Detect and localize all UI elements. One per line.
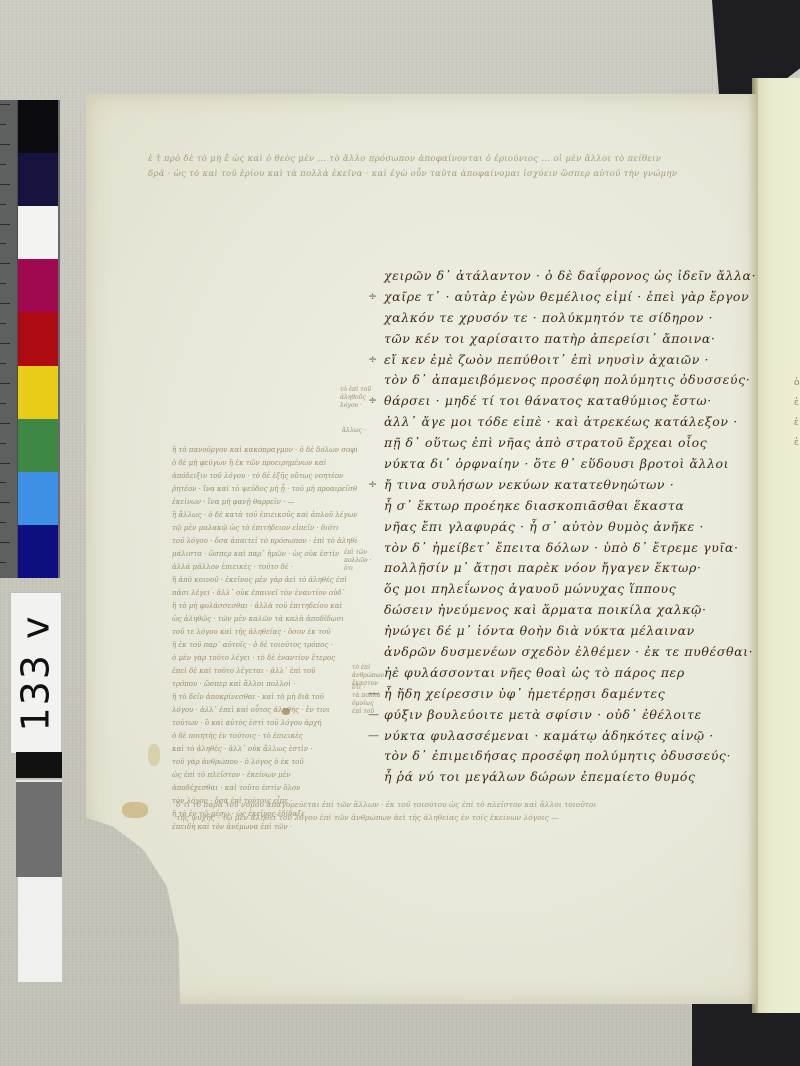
color-swatch-cyan-blue [18,472,58,526]
scholia-line: τῆς ψυχῆς · τῷ μὲν ἀληθεῖ τοῦ λόγου ἐπὶ … [176,811,736,824]
text-line: ÷ἤ τινα συλήσων νεκύων κατατεθνηώτων · [384,475,744,496]
text-line: τῶν κέν τοι χαρίσαιτο πατὴρ ἀπερείσι᾽ ἄπ… [384,329,744,350]
text-line: χαλκόν τε χρυσόν τε · πολύκμητόν τε σίδη… [384,308,744,329]
text-line: τὸν δ᾽ ἐπιμειδήσας προσέφη πολύμητις ὀδυ… [384,746,744,767]
color-swatch-magenta [18,259,58,313]
scholia-line: λόγου · ἀλλ᾽ ἐπεὶ καὶ οὗτος ἀληθής · ἔν … [172,704,357,717]
text-line: ἦ σ᾽ ἕκτωρ προέηκε διασκοπιᾶσθαι ἕκαστα [384,496,744,517]
left-margin-scholia: ἢ τὸ πανοῦργον καὶ κακόπραγμον · ὁ δὲ δό… [172,444,357,834]
text-line-content: ἀλλ᾽ ἄγε μοι τόδε εἰπὲ · καὶ ἀτρεκέως κα… [384,414,738,429]
scholia-line: τῷ μὲν μαλακῷ ὡς τὸ ἐπιτήδειον εἰπεῖν · … [172,522,357,535]
color-calibration-strip [0,100,60,578]
text-line-content: ἤ τινα συλήσων νεκύων κατατεθνηώτων · [384,477,674,492]
text-line: ἀνδρῶν δυσμενέων σχεδὸν ἐλθέμεν · ἐκ τε … [384,642,744,663]
scholia-line: ὡς ἀληθῶς · τῶν μὲν καλῶν τὰ καλὰ ἀποδίδ… [172,613,357,626]
scholia-line: καὶ τὸ ἀληθὲς · ἀλλ᾽ οὐκ ἄλλως ἐστὶν · [172,743,357,756]
scholia-line: ῥητέον · ἵνα καὶ τὸ ψεῦδος μὴ ᾖ · τοῦ μὴ… [172,483,357,496]
page-edge-shadow [748,94,758,1004]
folio-number: 133 v [14,614,58,731]
scholia-line: ὁ μὲν γὰρ τοῦτο λέγει · τὸ δὲ ἐναντίον ἕ… [172,652,357,665]
next-page-note: ἐ [794,418,799,428]
scholia-line: τούτων · ὃ καὶ αὐτὸς ἐστὶ τοῦ λόγου ἀρχή [172,717,357,730]
scholia-line: πᾶσι λέγει · ἀλλ᾽ οὐκ ἐπαινεῖ τὸν ἐναντί… [172,587,357,600]
scholia-line: ὅ τι τὸ παρὰ τοῦ νόμου ἀπαγορεύεται ἐπὶ … [176,798,736,811]
margin-note: ἐπὶ τῶν πολλῶν · ὅτι [344,549,372,573]
scholia-line: ὡς ἐπὶ τὸ πλεῖστον · ἐκείνων μὲν [172,769,357,782]
scholia-line: ἐκείνων · ἵνα μὴ φανῇ θαρρεῖν · — [172,496,357,509]
scholia-line: ὁ δὲ μὴ φεύγων ἢ ἐκ τῶν προειρημένων καὶ [172,457,357,470]
text-line: νῆας ἔπι γλαφυράς · ἦ σ᾽ αὐτὸν θυμὸς ἀνῆ… [384,517,744,538]
ruler-tick [0,303,10,304]
scholia-line: ἀπόδειξιν τοῦ λόγου · τὸ δὲ ἑξῆς οὕτως ν… [172,470,357,483]
text-line-content: τὸν δ᾽ ἀπαμειβόμενος προσέφη πολύμητις ὀ… [384,372,750,387]
color-swatch-black [18,100,58,154]
scholia-line: ἐπεὶ δὲ καὶ τοῦτο λέγεται · ἀλλ᾽ ἐπὶ τοῦ [172,665,357,678]
text-line-content: ἦ ἤδη χείρεσσιν ὑφ᾽ ἡμετέρῃσι δαμέντες [384,686,665,701]
text-line-content: πολλῇσίν μ᾽ ἄτῃσι παρὲκ νόον ἤγαγεν ἕκτω… [384,560,701,575]
ruler-tick [0,104,10,105]
marginal-sign: ÷ [368,475,378,496]
scholia-line: ἢ ἄλλως · ὁ δὲ κατὰ τοῦ ἐπιεικοῦς καὶ ἀπ… [172,509,357,522]
text-line-content: ἠνώγει δέ μ᾽ ἰόντα θοὴν διὰ νύκτα μέλαιν… [384,623,695,638]
text-line: —φύξιν βουλεύοιτε μετὰ σφίσιν · οὐδ᾽ ἐθέ… [384,705,744,726]
scholia-line: τοῦ γὰρ ἀνθρώπου · ὁ λόγος ὁ ἐκ τοῦ [172,756,357,769]
ruler-tick [0,363,6,364]
ruler-tick [0,542,10,543]
top-scholia: ἑ τ̄ πρὸ δὲ τὸ μὴ ἑ̄ ὡς καὶ ὁ θεὸς μὲν .… [148,152,748,182]
grayscale-strip [16,752,62,982]
scholia-line: ἢ τὸ μὴ φυλάσσεσθαι · ἀλλὰ τοῦ ἐπιτηδείο… [172,600,357,613]
text-line-content: φύξιν βουλεύοιτε μετὰ σφίσιν · οὐδ᾽ ἐθέλ… [384,707,702,722]
color-swatch-green [18,419,58,473]
text-line-content: τῶν κέν τοι χαρίσαιτο πατὴρ ἀπερείσι᾽ ἄπ… [384,331,716,346]
next-page-edge: ὁἐἐἐ [752,78,800,1013]
ruler-tick [0,423,10,424]
marginal-sign: — [368,684,380,705]
text-line: —ἦ ἤδη χείρεσσιν ὑφ᾽ ἡμετέρῃσι δαμέντες [384,684,744,705]
ruler-tick [0,522,6,523]
marginal-sign: — [368,726,380,747]
scholia-line: ὁ δὲ ποιητὴς ἐν τούτοις · τὸ ἐπιεικὲς [172,730,357,743]
text-line: χειρῶν δ᾽ ἀτάλαντον · ὁ δὲ δαΐφρονος ὡς … [384,266,744,287]
text-line-content: τὸν δ᾽ ἠμείβετ᾽ ἔπειτα δόλων · ὑπὸ δ᾽ ἔτ… [384,540,739,555]
ruler-tick [0,383,10,384]
color-swatch-red [18,312,58,366]
text-line-content: νύκτα φυλασσέμεναι · καμάτῳ ἀδηκότες αἰν… [384,728,714,743]
measurement-ruler [0,100,18,578]
scholia-line: τρόπου · ὥσπερ καὶ ἄλλοι πολλοὶ · [172,678,357,691]
ruler-tick [0,263,10,264]
ruler-tick [0,224,10,225]
ruler-tick [0,124,6,125]
text-line: ÷χαῖρε τ᾽ · αὐτὰρ ἐγὼν θεμέλιος εἰμί · ἐ… [384,287,744,308]
next-page-note: ὁ [794,378,799,388]
text-line: δώσειν ἠνεύμενος καὶ ἅρματα ποικίλα χαλκ… [384,600,744,621]
color-swatch-yellow [18,366,58,420]
bottom-scholia: ὅ τι τὸ παρὰ τοῦ νόμου ἀπαγορεύεται ἐπὶ … [176,798,736,824]
ruler-tick [0,164,6,165]
margin-note: τὸ ἐπὶ τοῦ ἀληθοῦς λόγου · [340,386,371,410]
marginal-sign: — [368,705,380,726]
scholia-line: μάλιστα · ὥσπερ καὶ παρ᾽ ἡμῶν · ὡς οὐκ ἐ… [172,548,357,561]
text-line-content: χειρῶν δ᾽ ἀτάλαντον · ὁ δὲ δαΐφρονος ὡς … [384,268,756,283]
text-line-content: νῆας ἔπι γλαφυράς · ἦ σ᾽ αὐτὸν θυμὸς ἀνῆ… [384,519,704,534]
text-line: ÷θάρσει · μηδέ τί τοι θάνατος καταθύμιος… [384,391,744,412]
ruler-tick [0,562,6,563]
color-swatch-white [18,206,58,260]
grayscale-white-patch [18,877,62,982]
text-line: ἀλλ᾽ ἄγε μοι τόδε εἰπὲ · καὶ ἀτρεκέως κα… [384,412,744,433]
scholia-line: ἢ τὸ πανοῦργον καὶ κακόπραγμον · ὁ δὲ δό… [172,444,357,457]
main-greek-text: χειρῶν δ᾽ ἀτάλαντον · ὁ δὲ δαΐφρονος ὡς … [384,266,744,788]
next-page-note: ἐ [794,398,799,408]
ruler-tick [0,204,6,205]
scholia-line: ἢ τὸ δεῖν ἀποκρίνεσθαι · καὶ τὸ μὴ διὰ τ… [172,691,357,704]
text-line-content: ἦ σ᾽ ἕκτωρ προέηκε διασκοπιᾶσθαι ἕκαστα [384,498,684,513]
text-line-content: ἠὲ φυλάσσονται νῆες θοαὶ ὡς τὸ πάρος περ [384,665,685,680]
stain-mark [148,744,160,766]
ruler-tick [0,403,6,404]
text-line: ἠὲ φυλάσσονται νῆες θοαὶ ὡς τὸ πάρος περ [384,663,744,684]
ruler-tick [0,343,10,344]
ruler-tick [0,502,10,503]
margin-note: ἄλλως · [342,427,366,435]
text-line-content: ὅς μοι πηλεΐωνος ἀγαυοῦ μώνυχας ἵππους [384,581,676,596]
scholia-line: ἀλλὰ μᾶλλον ἐπιεικὲς · τοῦτο δὲ · [172,561,357,574]
ruler-tick [0,463,10,464]
marginal-sign: ÷ [368,391,378,412]
color-swatch-blue [18,525,58,579]
text-line-content: νύκτα δι᾽ ὀρφναίην · ὅτε θ᾽ εὕδουσι βροτ… [384,456,729,471]
ruler-tick [0,323,6,324]
text-line: —νύκτα φυλασσέμεναι · καμάτῳ ἀδηκότες αἰ… [384,726,744,747]
scholia-line: ἀποδέχεσθαι · καὶ τοῦτο ἐστὶν ὅλον [172,782,357,795]
text-line-content: χαλκόν τε χρυσόν τε · πολύκμητόν τε σίδη… [384,310,713,325]
text-line-content: πῇ δ᾽ οὕτως ἐπὶ νῆας ἀπὸ στρατοῦ ἔρχεαι … [384,435,707,450]
ruler-tick [0,283,6,284]
text-line: τὸν δ᾽ ἀπαμειβόμενος προσέφη πολύμητις ὀ… [384,370,744,391]
ruler-tick [0,482,6,483]
text-line-content: χαῖρε τ᾽ · αὐτὰρ ἐγὼν θεμέλιος εἰμί · ἐπ… [384,289,749,304]
folio-label-card: 133 v [10,592,62,754]
grayscale-mid-gray-patch [16,782,62,877]
text-line-content: τὸν δ᾽ ἐπιμειδήσας προσέφη πολύμητις ὀδυ… [384,748,731,763]
next-page-note: ἐ [794,438,799,448]
text-line: ὅς μοι πηλεΐωνος ἀγαυοῦ μώνυχας ἵππους [384,579,744,600]
ruler-tick [0,184,10,185]
text-line: τὸν δ᾽ ἠμείβετ᾽ ἔπειτα δόλων · ὑπὸ δ᾽ ἔτ… [384,538,744,559]
scholia-line: ἢ ἐκ τοῦ παρ᾽ αὐτοῖς · ὁ δὲ τοιοῦτος τρό… [172,639,357,652]
text-line: πολλῇσίν μ᾽ ἄτῃσι παρὲκ νόον ἤγαγεν ἕκτω… [384,558,744,579]
grayscale-black-patch [16,752,62,778]
text-line-content: εἴ κεν ἐμὲ ζωὸν πεπύθοιτ᾽ ἐπὶ νηυσὶν ἀχα… [384,352,709,367]
text-line: πῇ δ᾽ οὕτως ἐπὶ νῆας ἀπὸ στρατοῦ ἔρχεαι … [384,433,744,454]
scholia-line: δρᾶ · ὡς τὸ καὶ τοῦ ἐρίου καὶ τὰ πολλὰ ἐ… [148,167,748,182]
text-line-content: δώσειν ἠνεύμενος καὶ ἅρματα ποικίλα χαλκ… [384,602,707,617]
manuscript-page: ἑ τ̄ πρὸ δὲ τὸ μὴ ἑ̄ ὡς καὶ ὁ θεὸς μὲν .… [86,94,758,1004]
marginal-sign: ÷ [368,287,378,308]
text-line: ἦ ῥά νύ τοι μεγάλων δώρων ἐπεμαίετο θυμό… [384,767,744,788]
scholia-line: ἑ τ̄ πρὸ δὲ τὸ μὴ ἑ̄ ὡς καὶ ὁ θεὸς μὲν .… [148,152,748,167]
text-line-content: θάρσει · μηδέ τί τοι θάνατος καταθύμιος … [384,393,712,408]
text-line-content: ἦ ῥά νύ τοι μεγάλων δώρων ἐπεμαίετο θυμό… [384,769,696,784]
ruler-tick [0,144,10,145]
scholia-line: τοῦ τε λόγου καὶ τῆς ἀληθείας · ὅσον ἐκ … [172,626,357,639]
scholia-line: ἢ ἀπὸ κοινοῦ · ἐκεῖνος μὲν γὰρ ἀεὶ τὸ ἀλ… [172,574,357,587]
marginal-sign: ÷ [368,350,378,371]
stain-mark [122,802,148,818]
text-line: ÷εἴ κεν ἐμὲ ζωὸν πεπύθοιτ᾽ ἐπὶ νηυσὶν ἀχ… [384,350,744,371]
scholia-line: τοῦ λόγου · ὅσα ἀπαιτεῖ τὸ πρόσωπον · ἐπ… [172,535,357,548]
text-line: ἠνώγει δέ μ᾽ ἰόντα θοὴν διὰ νύκτα μέλαιν… [384,621,744,642]
text-line: νύκτα δι᾽ ὀρφναίην · ὅτε θ᾽ εὕδουσι βροτ… [384,454,744,475]
ruler-tick [0,243,6,244]
ruler-tick [0,443,6,444]
color-swatch-navy [18,153,58,207]
text-line-content: ἀνδρῶν δυσμενέων σχεδὸν ἐλθέμεν · ἐκ τε … [384,644,753,659]
